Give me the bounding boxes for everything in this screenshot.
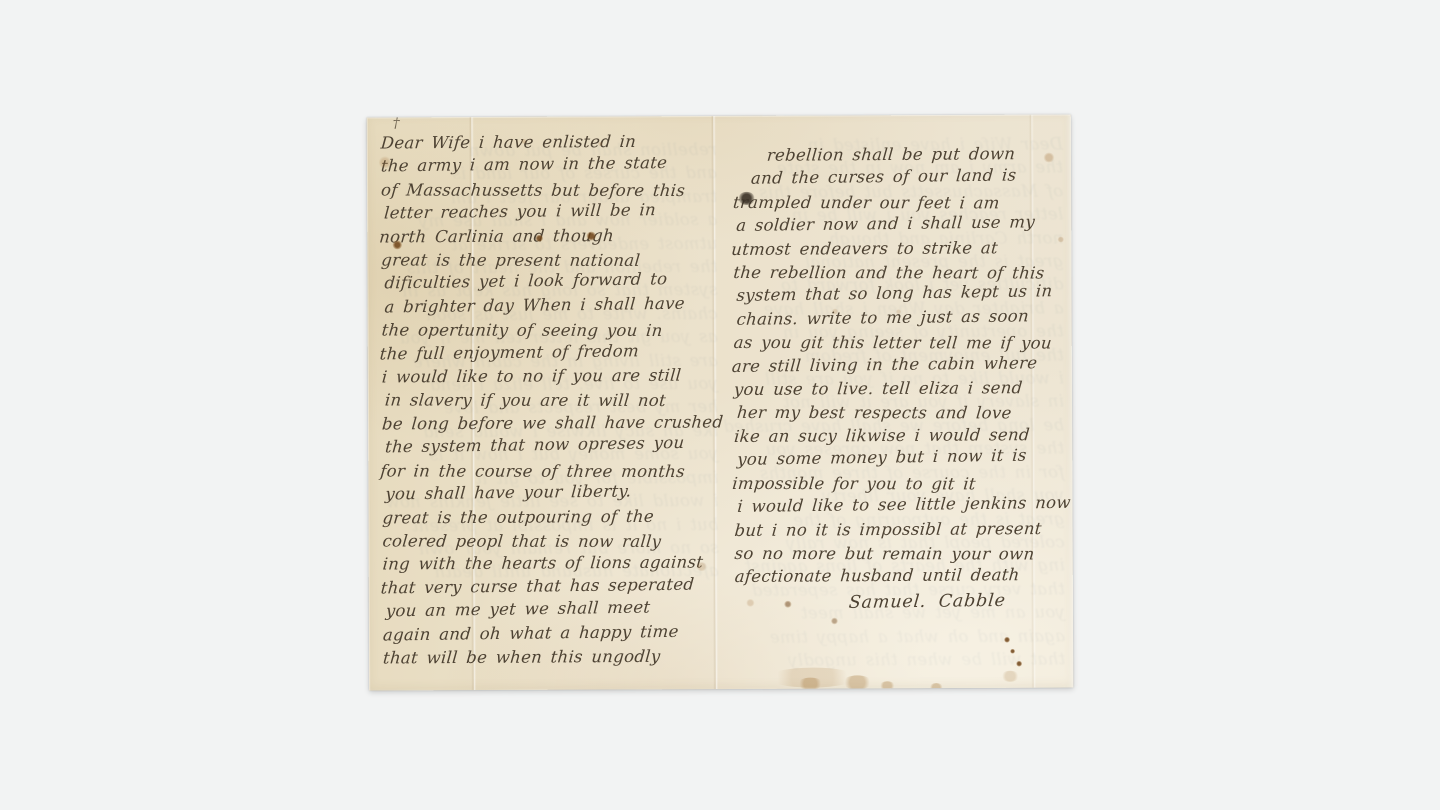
- handwritten-line: you use to live. tell eliza i send: [733, 376, 1065, 401]
- handwritten-line: in slavery if you are it will not: [384, 389, 723, 413]
- stain: [598, 142, 603, 147]
- handwritten-line: you some money but i now it is: [736, 443, 1068, 471]
- handwritten-line: system that so long has kept us in: [736, 279, 1068, 307]
- stray-ink-mark: †: [393, 116, 400, 130]
- handwritten-line: but i no it is impossibl at present: [734, 516, 1066, 541]
- handwritten-line: chains. write to me just as soon: [736, 304, 1065, 331]
- handwritten-line: and the curses of our land is: [732, 163, 1064, 190]
- stain: [379, 155, 391, 169]
- handwritten-line: afectionate husband until death: [734, 563, 1066, 588]
- stain: [1016, 661, 1022, 667]
- stain: [831, 617, 838, 624]
- handwritten-line: the army i am now in the state: [380, 151, 722, 179]
- screenshot-canvas: { "canvas": { "background": "#f2f3f3" },…: [0, 0, 1440, 810]
- stain: [929, 683, 943, 691]
- bleedthrough-line: again and oh what a happy time: [731, 624, 1065, 649]
- stain: [1010, 649, 1015, 654]
- letter-scan: rebellion shall be put downand the curse…: [367, 114, 1073, 690]
- stain: [586, 232, 596, 241]
- stain: [1057, 236, 1064, 242]
- handwritten-line: i would like to no if you are still: [381, 363, 723, 388]
- stain: [896, 309, 902, 314]
- handwritten-line: the full enjoyment of fredom: [379, 338, 723, 366]
- handwritten-line: you an me yet we shall meet: [385, 595, 727, 623]
- stain: [1001, 671, 1019, 682]
- handwritten-line: again and oh what a happy time: [382, 619, 724, 647]
- handwritten-line: north Carlinia and though: [378, 223, 722, 249]
- letter-page-2: rebellion shall be put downand the curse…: [733, 143, 1065, 615]
- stain: [1004, 637, 1010, 643]
- stain: [1043, 153, 1055, 163]
- handwritten-line: that will be when this ungodly: [382, 644, 724, 669]
- page2-lines: rebellion shall be put downand the curse…: [733, 143, 1065, 589]
- ink-blot: [738, 192, 755, 205]
- stain: [746, 599, 755, 607]
- stain: [521, 139, 527, 144]
- page1-lines: Dear Wife i have enlisted inthe army i a…: [381, 130, 723, 670]
- stain: [784, 601, 792, 608]
- stain: [879, 681, 895, 690]
- stain: [392, 240, 402, 249]
- handwritten-line: a soldier now and i shall use my: [735, 210, 1064, 237]
- handwritten-line: the system that now opreses you: [384, 431, 726, 459]
- background: rebellion shall be put downand the curse…: [0, 0, 1440, 810]
- handwritten-line: you shall have your liberty.: [385, 478, 724, 506]
- handwritten-line: i would like to see little jenkins now: [737, 491, 1066, 518]
- letter-page-1: † Dear Wife i have enlisted inthe army i…: [381, 130, 723, 670]
- handwritten-line: utmost endeavers to strike at: [730, 236, 1064, 261]
- handwritten-line: letter reaches you i will be in: [383, 198, 722, 226]
- handwritten-line: are still living in the cabin where: [731, 351, 1065, 378]
- handwritten-line: her my best respects and love: [736, 401, 1065, 425]
- handwritten-line: great is the outpouring of the: [382, 504, 724, 529]
- stain: [696, 562, 708, 571]
- handwritten-line: a brighter day When i shall have: [384, 291, 723, 319]
- stain: [535, 235, 543, 242]
- stain: [832, 308, 839, 314]
